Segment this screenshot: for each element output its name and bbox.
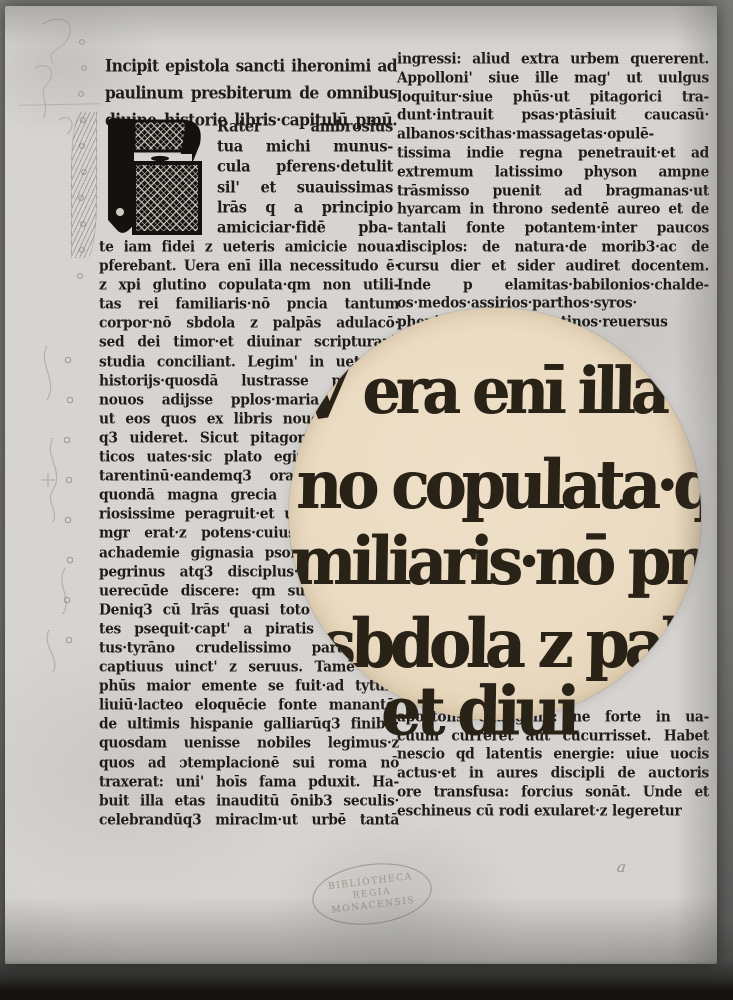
- text-line: lrās q a principio: [217, 197, 393, 219]
- text-line: Appolloni' siue ille mag' ut uulgus: [397, 68, 709, 88]
- text-line: quosdam uenisse nobiles legimus·z: [99, 734, 399, 755]
- scanner-bed-strip: [0, 960, 733, 1000]
- text-line: quos ad ɔtemplacionē sui roma nō: [99, 753, 399, 774]
- text-line: tantali fonte potantem·inter paucos: [397, 218, 709, 238]
- text-line: ingressi: aliud extra urbem quererent.: [397, 49, 709, 69]
- text-line: pferebant. Uera enī illa necessitudo ē·: [99, 256, 399, 277]
- text-line: traxerat: uni' hoīs fama pduxit. Ha-: [99, 772, 399, 793]
- text-line: tua michi munus-: [217, 136, 393, 158]
- text-line: z xpi glutino copulata·qm non utili-: [99, 275, 399, 296]
- text-line: tissima indie regna penetrauit·et ad: [397, 143, 709, 163]
- magnified-text-line: era enī illa: [362, 354, 666, 429]
- manuscript-page: Incipit epistola sancti iheronimi adpaul…: [5, 6, 717, 964]
- text-line: albanos·scithas·massagetas·opulē-: [397, 124, 709, 144]
- text-line: amiciciar·fidē pba-: [217, 217, 393, 239]
- magnified-text-block: era enī illano copulata·qmiliaris·nō pns…: [289, 308, 701, 720]
- text-line: hyarcam in throno sedentē aureo et de: [397, 200, 709, 220]
- text-line: sil' et suauissimas: [217, 177, 393, 199]
- initial-hatch-border: [71, 112, 97, 258]
- text-line: loquitur·siue phūs·ut pitagorici tra-: [397, 87, 709, 107]
- text-line: Inde p elamitas·babilonios·chalde-: [397, 275, 709, 295]
- library-stamp: BIBLIOTHECA REGIA MONACENSIS: [309, 857, 435, 931]
- text-line: buit illa etas inauditū ōnib3 seculis·: [99, 791, 399, 812]
- magnified-text-line-overflow: et diui: [380, 671, 575, 750]
- text-line: extremum latissimo physon ampne: [397, 162, 709, 182]
- magnifier-circle: V era enī illano copulata·qmiliaris·nō p…: [289, 308, 701, 720]
- text-line: disciplos: de natura·de morib3·ac de: [397, 237, 709, 257]
- text-line: dunt·intrauit psas·ptāsiuit caucasū·: [397, 106, 709, 126]
- illuminated-initial-F: [100, 116, 214, 240]
- text-line: celebrandūq3 miraclm·ut urbē tantā: [99, 810, 399, 831]
- text-line: ore transfusa: forcius sonāt. Unde et: [397, 782, 709, 802]
- text-line: cursu dier et sider audiret docentem.: [397, 256, 709, 276]
- magnified-text-line: miliaris·nō pn: [290, 522, 701, 600]
- magnified-text-line: no copulata·q: [296, 445, 701, 524]
- text-line: Rater ambrosius: [217, 116, 393, 138]
- text-line: eschineus cū rodi exularet·z legeretur: [397, 801, 709, 821]
- text-line: actus·et in aures discipli de auctoris: [397, 764, 709, 784]
- handwritten-letter-a: a: [616, 858, 627, 877]
- text-line: trāsmisso puenit ad bragmanas·ut: [397, 181, 709, 201]
- text-line: cula pferens·detulit: [217, 157, 393, 179]
- left-column-upper: Rater ambrosiustua michi munus-cula pfer…: [217, 117, 393, 238]
- text-line: te iam fidei z ueteris amicicie noua:: [99, 237, 399, 258]
- header-line: Incipit epistola sancti iheronimi ad: [105, 51, 397, 80]
- scan-backdrop: { "page": { "header": { "lines": [ "Inci…: [0, 0, 733, 1000]
- header-line: paulinum presbiterum de omnibus: [105, 78, 397, 107]
